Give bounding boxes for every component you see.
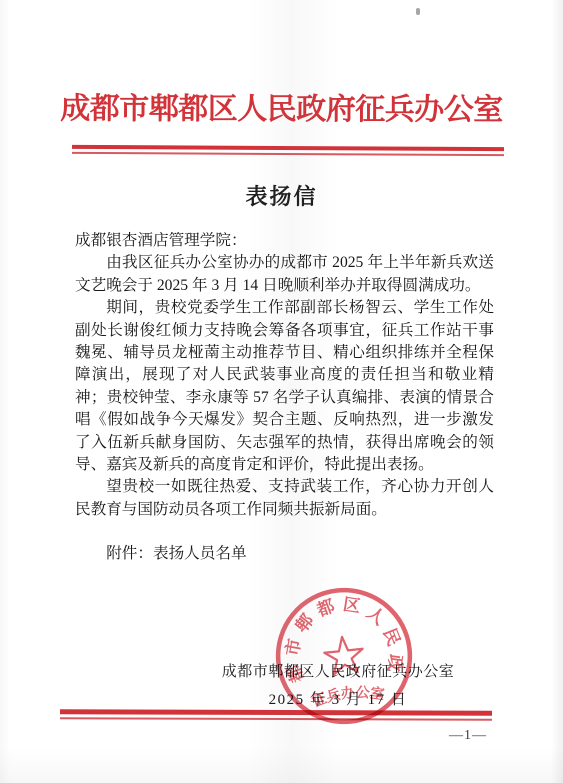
- stamp-bottom-text: 征兵办公室: [309, 681, 387, 711]
- scanned-letter-page: 成都市郫都区人民政府征兵办公室 表扬信 成都银杏酒店管理学院： 由我区征兵办公室…: [0, 0, 563, 783]
- masthead-divider: [72, 145, 504, 156]
- scan-speck: [416, 8, 420, 15]
- salutation: 成都银杏酒店管理学院：: [75, 230, 494, 252]
- body-paragraph: 期间，贵校党委学生工作部副部长杨智云、学生工作处副处长谢俊红倾力支持晚会筹备各项…: [75, 297, 494, 476]
- letter-title: 表扬信: [36, 180, 527, 211]
- body-paragraph: 由我区征兵办公室协办的成都市 2025 年上半年新兵欢送文艺晚会于 2025 年…: [75, 252, 494, 297]
- letter-body: 成都银杏酒店管理学院： 由我区征兵办公室协办的成都市 2025 年上半年新兵欢送…: [75, 230, 494, 566]
- body-paragraph: 望贵校一如既往热爱、支持武装工作，齐心协力开创人民教育与国防动员各项工作同频共振…: [75, 476, 494, 521]
- attachment-note: 附件：表扬人员名单: [75, 543, 494, 565]
- official-seal-stamp: 成都市郫都区人民政府 征兵办公室: [260, 572, 427, 739]
- page-number: —1—: [438, 728, 498, 744]
- stamp-star-icon: [323, 635, 365, 676]
- issuer-masthead: 成都市郫都区人民政府征兵办公室: [36, 83, 527, 128]
